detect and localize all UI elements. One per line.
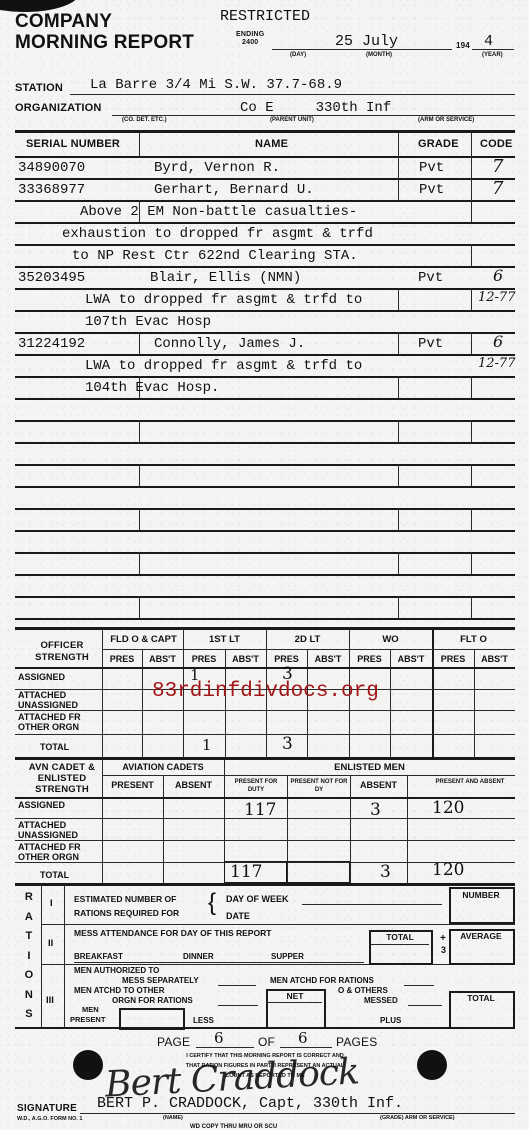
group-aviation-cadets: AVIATION CADETS — [102, 762, 224, 772]
rations-letter: S — [22, 1005, 36, 1025]
col-sep — [398, 178, 399, 200]
row-label-attached-unassigned: ATTACHED UNASSIGNED — [18, 690, 98, 710]
col-header-serial: SERIAL NUMBER — [26, 138, 120, 150]
rule — [102, 775, 515, 776]
rule — [15, 156, 515, 158]
col-present-not-for-duty: PRESENT NOT FOR DY — [289, 778, 349, 794]
rule — [15, 667, 515, 669]
col-sep — [398, 332, 399, 354]
month-caption: (MONTH) — [366, 52, 392, 58]
form-id: W.D., A.G.O. FORM NO. 1 — [17, 1116, 83, 1122]
atchd-line — [404, 985, 434, 986]
entry-grade-3[interactable]: Pvt — [418, 270, 443, 286]
rule — [15, 266, 515, 268]
col-sep — [398, 508, 399, 530]
organization-value[interactable]: Co E 330th Inf — [240, 100, 391, 116]
col-sep — [139, 508, 140, 530]
rule — [15, 618, 515, 620]
enlisted-pa-total[interactable]: 120 — [432, 860, 464, 880]
men-present-box[interactable] — [119, 1008, 185, 1030]
section-i-text2: RATIONS REQUIRED FOR — [74, 908, 179, 918]
divide-plus: + — [440, 933, 446, 944]
col-sep — [471, 552, 472, 574]
rations-letter: A — [22, 908, 36, 928]
col-present: PRESENT — [102, 780, 163, 790]
row-label-assigned: ASSIGNED — [18, 800, 65, 810]
rule — [15, 310, 515, 312]
row-label-attached-other: ATTACHED FR OTHER ORGN — [18, 712, 102, 732]
men-present-2: PRESENT — [70, 1015, 105, 1024]
officer-2d-lt-total[interactable]: 3 — [282, 734, 293, 754]
col-sep — [163, 775, 164, 884]
rations-letter: T — [22, 927, 36, 947]
col-present-for-duty: PRESENT FOR DUTY — [226, 778, 286, 794]
rule — [15, 574, 515, 576]
officer-1st-lt-total[interactable]: 1 — [202, 736, 212, 754]
col-sep-grade-header — [398, 133, 399, 156]
row-label-assigned: ASSIGNED — [18, 672, 65, 682]
enlisted-strength-title: AVN CADET & ENLISTED STRENGTH — [26, 762, 98, 795]
messed-line — [408, 1005, 442, 1006]
subcol-abst: ABS'T — [225, 654, 266, 664]
entry-code-1[interactable]: 7 — [492, 156, 503, 177]
rule — [102, 649, 515, 650]
men-authorized-1: MEN AUTHORIZED TO — [74, 966, 159, 975]
row-label-total: TOTAL — [40, 870, 69, 880]
rule — [15, 420, 515, 422]
enlisted-pfd-total[interactable]: 117 — [230, 862, 262, 882]
subcol-pres: PRES — [432, 654, 474, 664]
enlisted-absent-assigned[interactable]: 3 — [370, 800, 381, 820]
pages-label: PAGES — [336, 1035, 377, 1049]
officer-group-2d-lt: 2D LT — [266, 634, 349, 645]
rule — [15, 710, 515, 711]
section-iii-numeral: III — [46, 995, 54, 1006]
net-box-label: NET — [268, 991, 322, 1001]
col-sep — [139, 596, 140, 618]
col-absent-enlisted: ABSENT — [350, 780, 407, 790]
ending-label-1: ENDING — [236, 31, 264, 39]
organization-label: ORGANIZATION — [15, 102, 102, 114]
col-sep — [398, 596, 399, 618]
officer-group-flt-o: FLT O — [432, 634, 515, 645]
col-header-code: CODE — [480, 138, 513, 150]
col-sep — [139, 332, 140, 354]
enlisted-absent-total[interactable]: 3 — [380, 862, 391, 882]
men-atchd-rations: MEN ATCHD FOR RATIONS — [270, 976, 374, 985]
station-underline — [70, 94, 515, 95]
entry-remark-2[interactable]: exhaustion to dropped fr asgmt & trfd — [62, 226, 373, 242]
entry-serial-2[interactable]: 33368977 — [18, 182, 85, 198]
rule — [15, 222, 515, 224]
caption-parent-unit: (PARENT UNIT) — [270, 117, 314, 123]
date-value[interactable]: 25 July — [335, 33, 398, 50]
caption-name: (NAME) — [163, 1115, 183, 1121]
rule — [15, 464, 515, 466]
divide-three: 3 — [441, 945, 446, 955]
col-sep — [471, 244, 472, 266]
entry-remark-6[interactable]: LWA to dropped fr asgmt & trfd to — [85, 358, 362, 374]
subcol-pres: PRES — [102, 654, 142, 664]
form-title-line1: COMPANY — [15, 11, 112, 33]
col-sep — [398, 376, 399, 398]
rations-letter: N — [22, 986, 36, 1006]
section-i-text1: ESTIMATED NUMBER OF — [74, 894, 176, 904]
year-value[interactable]: 4 — [484, 33, 493, 50]
rule — [41, 924, 515, 925]
station-label: STATION — [15, 82, 63, 94]
number-box-label: NUMBER — [451, 890, 511, 900]
o-others-2: MESSED — [364, 996, 398, 1005]
average-box-label: AVERAGE — [451, 931, 511, 941]
col-sep — [471, 464, 472, 486]
caption-arm-service: (ARM OR SERVICE) — [418, 117, 474, 123]
entry-remark-7[interactable]: 104th Evac Hosp. — [85, 380, 219, 396]
men-present-1: MEN — [82, 1005, 99, 1014]
table-top-border — [15, 130, 515, 133]
entry-code-5[interactable]: 6 — [493, 332, 503, 351]
col-sep — [350, 775, 351, 884]
page-line — [196, 1047, 254, 1048]
o-others-1: O & OTHERS — [338, 986, 388, 995]
rule — [15, 244, 515, 246]
officer-group-1st-lt: 1ST LT — [183, 634, 266, 645]
rations-side-label: R A T I O N S — [22, 888, 36, 1025]
punch-hole-right — [417, 1050, 447, 1080]
col-sep-code-header — [471, 133, 472, 156]
col-header-grade: GRADE — [418, 138, 459, 150]
entry-code-4[interactable]: 12-77 — [478, 290, 515, 305]
men-authorized-2: MESS SEPARATELY — [122, 976, 199, 985]
entry-remark-4[interactable]: LWA to dropped fr asgmt & trfd to — [85, 292, 362, 308]
mess-attendance-title: MESS ATTENDANCE FOR DAY OF THIS REPORT — [74, 928, 271, 938]
day-of-week-line — [302, 904, 442, 905]
pages-value[interactable]: 6 — [298, 1029, 308, 1047]
rule — [15, 883, 515, 886]
entry-name-3[interactable]: Blair, Ellis (NMN) — [150, 270, 301, 286]
rule — [15, 1027, 515, 1029]
rations-sep — [41, 886, 42, 1028]
col-sep — [471, 376, 472, 398]
section-i-numeral: I — [50, 898, 53, 909]
col-sep — [471, 178, 472, 200]
entry-serial-4[interactable]: 31224192 — [18, 336, 85, 352]
brace: { — [208, 890, 216, 916]
subcol-pres: PRES — [349, 654, 390, 664]
rule — [15, 757, 515, 760]
entry-name-2[interactable]: Gerhart, Bernard U. — [154, 182, 314, 198]
dinner-label: DINNER — [183, 952, 214, 961]
rule — [15, 442, 515, 444]
year-prefix: 194 — [456, 41, 470, 50]
rations-letter: I — [22, 947, 36, 967]
officer-group-fld-o-capt: FLD O & CAPT — [104, 634, 183, 645]
entry-grade-1[interactable]: Pvt — [419, 160, 444, 176]
entry-code-2[interactable]: 7 — [492, 178, 503, 199]
col-sep — [471, 288, 472, 310]
ending-label: ENDING 2400 — [236, 31, 264, 47]
rule — [15, 530, 515, 532]
date-label: DATE — [226, 911, 250, 921]
rule — [15, 178, 515, 180]
watermark: 83rdinfdivdocs.org — [152, 680, 379, 703]
rule — [15, 376, 515, 378]
col-sep — [139, 420, 140, 442]
section-ii-numeral: II — [48, 938, 53, 949]
col-sep — [398, 288, 399, 310]
col-sep — [407, 775, 408, 884]
ending-label-2: 2400 — [236, 39, 264, 47]
rule — [15, 508, 515, 510]
col-sep — [398, 464, 399, 486]
col-present-and-absent: PRESENT AND ABSENT — [430, 778, 510, 786]
entry-name-4[interactable]: Connolly, James J. — [154, 336, 305, 352]
rule — [15, 332, 515, 334]
officer-group-wo: WO — [349, 634, 432, 645]
signature-label: SIGNATURE — [17, 1103, 77, 1114]
group-enlisted-men: ENLISTED MEN — [224, 762, 515, 773]
subcol-abst: ABS'T — [307, 654, 349, 664]
rule — [15, 200, 515, 202]
rations-letter: R — [22, 888, 36, 908]
punch-hole-left — [73, 1050, 103, 1080]
supper-label: SUPPER — [271, 952, 304, 961]
row-label-attached-other: ATTACHED FR OTHER ORGN — [18, 842, 102, 862]
pages-line — [280, 1047, 332, 1048]
rule — [15, 486, 515, 488]
rule — [15, 840, 515, 841]
rule — [15, 354, 515, 356]
box-rule — [371, 944, 429, 945]
entry-remark-5[interactable]: 107th Evac Hosp — [85, 314, 211, 330]
entry-remark-1[interactable]: Above 2 EM Non-battle casualties- — [80, 204, 357, 220]
day-of-week-label: DAY OF WEEK — [226, 894, 289, 904]
men-atchd-other-1: MEN ATCHD TO OTHER — [74, 986, 165, 995]
rule — [41, 964, 515, 965]
entry-name-1[interactable]: Byrd, Vernon R. — [154, 160, 280, 176]
enlisted-pa-assigned[interactable]: 120 — [432, 798, 464, 818]
col-sep — [398, 156, 399, 178]
col-sep — [139, 464, 140, 486]
row-label-total: TOTAL — [40, 742, 69, 752]
plus-label: PLUS — [380, 1016, 401, 1025]
other-line — [218, 1005, 258, 1006]
men-atchd-other-2: ORGN FOR RATIONS — [112, 996, 193, 1005]
entry-code-3[interactable]: 6 — [493, 266, 503, 285]
entry-grade-4[interactable]: Pvt — [418, 336, 443, 352]
col-sep-serial-header — [139, 133, 140, 156]
entry-remark-3[interactable]: to NP Rest Ctr 622nd Clearing STA. — [72, 248, 358, 264]
rule — [15, 398, 515, 400]
col-sep — [398, 420, 399, 442]
mess-line — [74, 962, 364, 963]
caption-grade-arm: (GRADE) ARM OR SERVICE) — [380, 1115, 455, 1121]
day-caption: (DAY) — [290, 52, 306, 58]
rule — [15, 288, 515, 290]
officer-strength-title: OFFICER STRENGTH — [28, 640, 96, 664]
page-value[interactable]: 6 — [214, 1029, 224, 1047]
rule — [15, 596, 515, 598]
subcol-pres: PRES — [183, 654, 225, 664]
entry-serial-1[interactable]: 34890070 — [18, 160, 85, 176]
signature-line — [80, 1113, 515, 1114]
col-sep — [286, 861, 287, 883]
entry-serial-3[interactable]: 35203495 — [18, 270, 85, 286]
rations-sep — [64, 886, 65, 1028]
col-sep — [471, 200, 472, 222]
entry-code-6[interactable]: 12-77 — [478, 356, 515, 371]
total-box-iii-label: TOTAL — [451, 993, 511, 1003]
breakfast-label: BREAKFAST — [74, 952, 123, 961]
col-sep — [471, 596, 472, 618]
col-header-name: NAME — [255, 138, 288, 150]
subcol-abst: ABS'T — [390, 654, 432, 664]
col-sep — [471, 420, 472, 442]
entry-grade-2[interactable]: Pvt — [419, 182, 444, 198]
rule — [15, 552, 515, 554]
col-sep — [471, 508, 472, 530]
col-sep — [471, 156, 472, 178]
form-title-line2: MORNING REPORT — [15, 32, 194, 54]
mess-sep-line — [218, 985, 256, 986]
year-caption: (YEAR) — [482, 52, 503, 58]
of-label: OF — [258, 1035, 275, 1049]
col-sep — [398, 552, 399, 574]
subcol-abst: ABS'T — [142, 654, 183, 664]
signer-typed-name[interactable]: BERT P. CRADDOCK, Capt, 330th Inf. — [97, 1095, 403, 1112]
total-box-label: TOTAL — [371, 932, 429, 942]
rations-letter: O — [22, 966, 36, 986]
officer-top-border — [15, 627, 515, 630]
box-rule — [268, 1002, 322, 1003]
classification-stamp: RESTRICTED — [220, 8, 310, 25]
col-sep — [102, 760, 103, 884]
col-sep — [471, 332, 472, 354]
rule — [15, 734, 515, 735]
copy-note: WD COPY THRU MRU OR SCU — [190, 1124, 277, 1130]
caption-co-det: (CO. DET. ETC.) — [122, 117, 167, 123]
subcol-pres: PRES — [266, 654, 307, 664]
enlisted-pfd-assigned[interactable]: 117 — [244, 800, 276, 820]
row-label-attached-unassigned: ATTACHED UNASSIGNED — [18, 820, 98, 840]
col-absent: ABSENT — [163, 780, 224, 790]
page-label: PAGE — [157, 1035, 190, 1049]
subcol-abst: ABS'T — [474, 654, 515, 664]
station-value[interactable]: La Barre 3/4 Mi S.W. 37.7-68.9 — [90, 77, 342, 93]
col-sep — [139, 552, 140, 574]
less-label: LESS — [193, 1016, 214, 1025]
